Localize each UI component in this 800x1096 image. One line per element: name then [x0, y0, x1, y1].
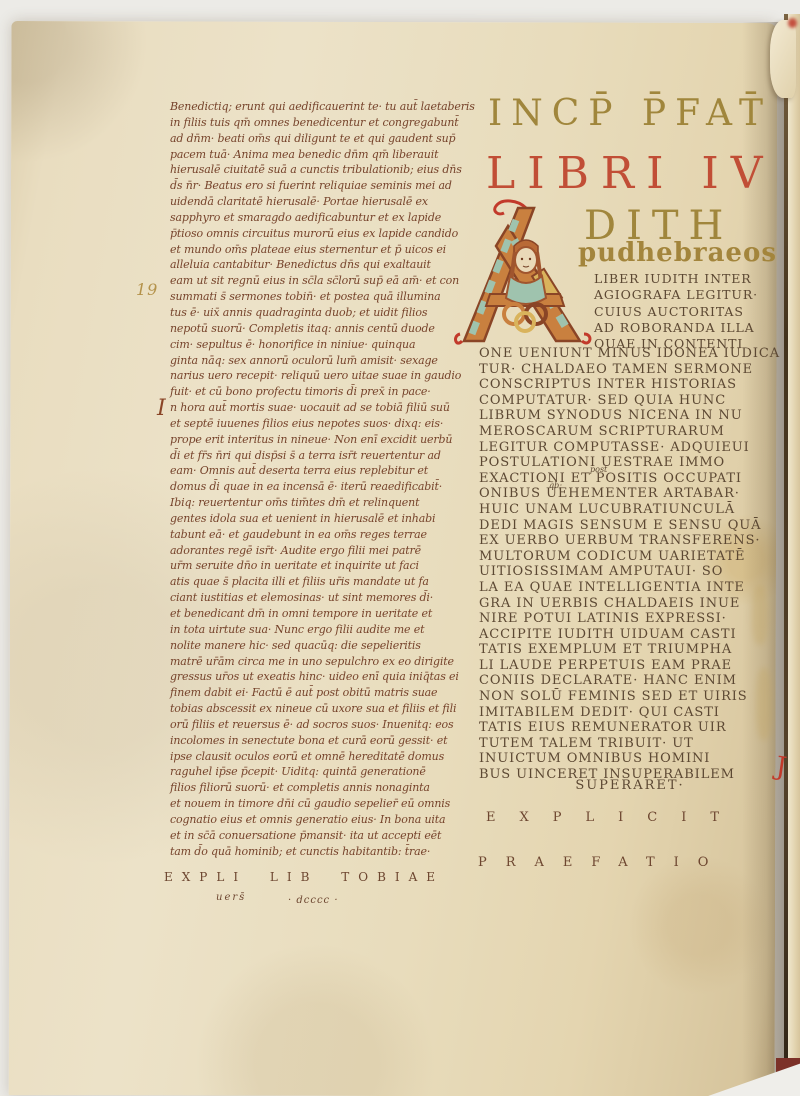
manuscript-line: filios filiorū suorū· et completis annis…	[170, 780, 472, 796]
manuscript-line: in filiis tuis qm̄ omnes benedicentur et…	[170, 115, 472, 131]
preface-line: HUIC UNAM LUCUBRATIUNCULĀ	[479, 502, 781, 518]
preface-line: TATIS EXEMPLUM ET TRIUMPHA	[479, 642, 781, 658]
manuscript-line: orū filiis et reuersus ē· ad socros suos…	[170, 717, 472, 733]
manuscript-line: uidendā claritatē hierusalē· Portae hier…	[170, 194, 472, 210]
manuscript-line: incolomes in senectute bona et curā eorū…	[170, 733, 472, 749]
preface-line: UITIOSISSIMAM AMPUTAUI· SO	[479, 564, 781, 580]
manuscript-line: eam· Omnis aut̄ deserta terra eius reple…	[170, 463, 472, 479]
verse-count-value: · dcccc ·	[288, 895, 339, 906]
verse-count-label: uers̄	[216, 892, 246, 903]
manuscript-line: prope erit interitus in nineue· Non enī …	[170, 432, 472, 448]
manuscript-line: gentes idola sua et uenient in hierusalē…	[170, 511, 472, 527]
preface-line: CONIIS DECLARATE· HANC ENIM	[479, 673, 781, 689]
preface-line: ONE UENIUNT MINUS IDONEA IUDICA	[479, 346, 781, 362]
manuscript-line: atis quae s̄ placita illi et filiis ur̄i…	[170, 574, 472, 590]
manuscript-line: matrē ur̄ām circa me in uno sepulchro ex…	[170, 654, 472, 670]
manuscript-line: finem dabit ei· Factū ē aut̄ post obitū …	[170, 685, 472, 701]
preface-line: LA EA QUAE INTELLIGENTIA INTE	[479, 580, 781, 596]
manuscript-line: ad dn̄m· beati om̄s qui diligunt te et q…	[170, 131, 472, 147]
interlinear-correction-quibus: q̄b;	[549, 481, 562, 490]
preface-line: MEROSCARUM SCRIPTURARUM	[479, 424, 781, 440]
manuscript-line: d̄s n̄r· Beatus ero si fuerint reliquiae…	[170, 178, 472, 194]
manuscript-line: et in sc̄ā conuersatione p̄mansit· ita u…	[170, 828, 472, 844]
manuscript-line: nepotū suorū· Completis itaq: annis cent…	[170, 321, 472, 337]
preface-opening-word: pudhebraeos	[578, 238, 777, 268]
manuscript-line: fuit· et cū bono profectu timoris d̄i pr…	[170, 384, 472, 400]
preface-line: TUTEM TALEM TRIBUIT· UT	[479, 736, 781, 752]
facing-page-curl	[770, 20, 796, 98]
explicit-praefatio-line1: EXPLICIT	[486, 810, 743, 825]
explicit-praefatio-line2: PRAEFATIO	[478, 855, 727, 870]
preface-line: CONSCRIPTUS INTER HISTORIAS	[479, 377, 781, 393]
manuscript-line: ginta nāq: sex annorū oculorū lum̄ amisi…	[170, 353, 472, 369]
preface-line: COMPUTATUR· SED QUIA HUNC	[479, 393, 781, 409]
figure-head	[515, 247, 537, 273]
interlinear-correction-post: post	[590, 465, 607, 474]
manuscript-line: sapphyro et smaragdo aedificabuntur et e…	[170, 210, 472, 226]
preface-line: GRA IN UERBIS CHALDAEIS INUE	[479, 596, 781, 612]
preface-line: ONIBUS UEHEMENTER ARTABAR·	[479, 486, 781, 502]
manuscript-line: summati s̄ sermones tobin̄· et postea qu…	[170, 289, 472, 305]
manuscript-line: in tota uirtute sua· Nunc ergo filii aud…	[170, 622, 472, 638]
manuscript-line: ciant iustitias et elemosinas· ut sint m…	[170, 590, 472, 606]
preface-line: LEGITUR COMPUTASSE· ADQUIEUI	[479, 440, 781, 456]
preface-line: LI LAUDE PERPETUIS EAM PRAE	[479, 658, 781, 674]
manuscript-line: tobias abscessit ex nineue cū uxore sua …	[170, 701, 472, 717]
incipit-title-line1: INCP̄ P̄FAT̄	[488, 92, 778, 136]
preface-closing-word: SUPERARET·	[479, 778, 781, 793]
manuscript-line: n hora aut̄ mortis suae· uocauit ad se t…	[170, 400, 472, 416]
preface-body: ONE UENIUNT MINUS IDONEA IUDICATUR· CHAL…	[479, 346, 781, 783]
manuscript-line: p̄tioso omnis circuitus murorū eius ex l…	[170, 226, 472, 242]
preface-line: POSTULATIONI UESTRAE IMMO	[479, 455, 781, 471]
manuscript-line: adorantes regē isr̄t· Audite ergo filii …	[170, 543, 472, 559]
manuscript-line: tabunt eā· et gaudebunt in ea om̄s reges…	[170, 527, 472, 543]
manuscript-photo: 19 I Benedictiq; erunt qui aedificauerin…	[0, 0, 800, 1096]
manuscript-line: pacem tuā· Anima mea benedic dn̄m qm̄ li…	[170, 147, 472, 163]
manuscript-line: hierusalē ciuitatē suā a cunctis tribula…	[170, 162, 472, 178]
manuscript-line: Ibiq: reuertentur om̄s tim̄tes dm̄ et re…	[170, 495, 472, 511]
left-text-column: Benedictiq; erunt qui aedificauerint te·…	[170, 99, 472, 860]
preface-line: EXACTIONI ET POSITIS OCCUPATI	[479, 471, 781, 487]
incipit-title-line2: LIBRI IV	[486, 148, 776, 200]
manuscript-line: narius uero recepit· reliquū uero uitae …	[170, 368, 472, 384]
manuscript-line: cim· sepultus ē· honorifice in niniue· q…	[170, 337, 472, 353]
manuscript-line: cognatio eius et omnis generatio eius· I…	[170, 812, 472, 828]
manuscript-line: Benedictiq; erunt qui aedificauerint te·…	[170, 99, 472, 115]
preface-line: INUICTUM OMNIBUS HOMINI	[479, 751, 781, 767]
manuscript-line: domus d̄i quae in ea incensā ē· iterū re…	[170, 479, 472, 495]
explicit-tobit: EXPLI LIB TOBIAE	[164, 870, 444, 884]
preface-line: AGIOGRAFA LEGITUR·	[594, 287, 784, 303]
preface-line: EX UERBO UERBUM TRANSFERENS·	[479, 533, 781, 549]
margin-quire-number: 19	[136, 280, 158, 299]
manuscript-line: tam d̄o quā hominib; et cunctis habitant…	[170, 844, 472, 860]
manuscript-line: et nouem in timore dn̄i cū gaudio sepeli…	[170, 796, 472, 812]
preface-line: ACCIPITE IUDITH UIDUAM CASTI	[479, 627, 781, 643]
manuscript-line: tus ē· uix̄ annis quadraginta duob; et u…	[170, 305, 472, 321]
preface-line: LIBRUM SYNODUS NICENA IN NU	[479, 408, 781, 424]
preface-line: LIBER IUDITH INTER	[594, 271, 784, 287]
manuscript-line: alleluia cantabitur· Benedictus dn̄s qui…	[170, 257, 472, 273]
preface-line: DEDI MAGIS SENSUM E SENSU QUĀ	[479, 518, 781, 534]
preface-indented-lines: LIBER IUDITH INTERAGIOGRAFA LEGITUR·CUIU…	[594, 271, 784, 352]
manuscript-line: gressus ur̄os ut exeatis hinc· uideo enī…	[170, 669, 472, 685]
preface-line: TUR· CHALDAEO TAMEN SERMONE	[479, 362, 781, 378]
preface-line: MULTORUM CODICUM UARIETATĒ	[479, 549, 781, 565]
preface-line: TATIS EIUS REMUNERATOR UIR	[479, 720, 781, 736]
manuscript-line: ipse clausit oculos eorū et omnē heredit…	[170, 749, 472, 765]
preface-line: CUIUS AUCTORITAS	[594, 304, 784, 320]
manuscript-line: et benedicant dm̄ in omni tempore in uer…	[170, 606, 472, 622]
initial-A-decorated	[448, 198, 600, 348]
manuscript-line: et mundo om̄s plateae eius sternentur et…	[170, 242, 472, 258]
manuscript-line: ur̄m seruite dn̄o in ueritate et inquiri…	[170, 558, 472, 574]
preface-line: IMITABILEM DEDIT· QUI CASTI	[479, 705, 781, 721]
initial-I-in-hora: I	[157, 396, 166, 421]
manuscript-line: raguhel ip̄se p̄cepit· Uiditq: quintā ge…	[170, 764, 472, 780]
preface-line: NIRE POTUI LATINIS EXPRESSI·	[479, 611, 781, 627]
red-edge-stain	[788, 18, 797, 28]
preface-line: AD ROBORANDA ILLA	[594, 320, 784, 336]
manuscript-line: nolite manere hic· sed quacūq: die sepel…	[170, 638, 472, 654]
manuscript-line: eam ut sit regnū eius in sc̄la sc̄lorū s…	[170, 273, 472, 289]
manuscript-line: et septē iuuenes filios eius nepotes suo…	[170, 416, 472, 432]
preface-line: NON SOLŪ FEMINIS SED ET UIRIS	[479, 689, 781, 705]
manuscript-line: d̄i et fr̄s n̄ri qui disp̄si s̄ a terra …	[170, 448, 472, 464]
facing-page-edge	[788, 14, 800, 1096]
